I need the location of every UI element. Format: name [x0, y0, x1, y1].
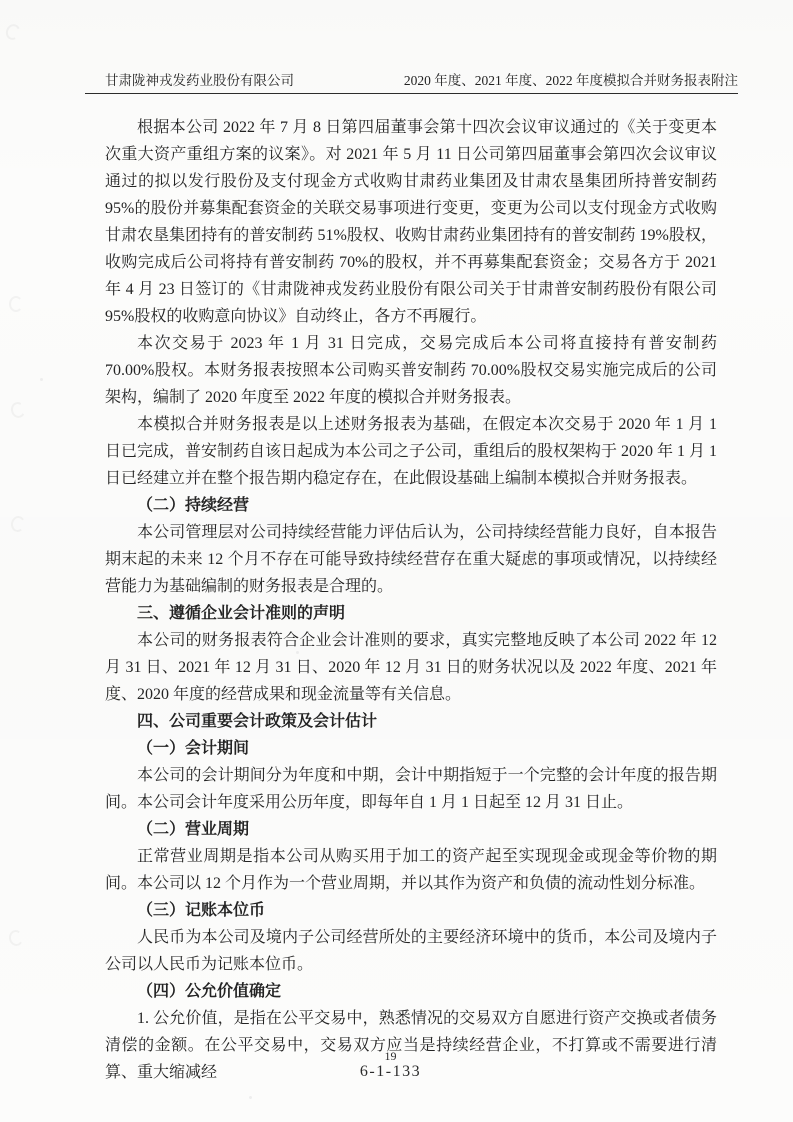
- section-heading: （二）营业周期: [105, 816, 717, 843]
- section-heading: （二）持续经营: [105, 492, 717, 519]
- paragraph: 正常营业周期是指本公司从购买用于加工的资产起至实现现金或现金等价物的期间。本公司…: [105, 843, 717, 897]
- page-header: 甘肃陇神戎发药业股份有限公司 2020 年度、2021 年度、2022 年度模拟…: [85, 72, 738, 94]
- footer-doc-number: 6-1-133: [0, 1063, 781, 1081]
- header-company-name: 甘肃陇神戎发药业股份有限公司: [85, 72, 294, 90]
- section-heading: （四）公允价值确定: [105, 978, 717, 1005]
- scan-speck: [40, 378, 43, 381]
- footer-page-number: 19: [0, 1049, 781, 1064]
- paragraph: 本次交易于 2023 年 1 月 31 日完成，交易完成后本公司将直接持有普安制…: [105, 330, 717, 411]
- scan-artifact: [10, 515, 27, 533]
- paragraph: 本公司管理层对公司持续经营能力评估后认为，公司持续经营能力良好，自本报告期末起的…: [105, 519, 717, 600]
- scan-speck: [249, 1096, 252, 1099]
- scan-artifact: [8, 929, 25, 947]
- paragraph: 本公司的会计期间分为年度和中期，会计中期指短于一个完整的会计年度的报告期间。本公…: [105, 762, 717, 816]
- header-report-title: 2020 年度、2021 年度、2022 年度模拟合并财务报表附注: [404, 72, 738, 90]
- scan-artifact: [9, 296, 23, 312]
- document-body: 根据本公司 2022 年 7 月 8 日第四届董事会第十四次会议审议通过的《关于…: [105, 114, 717, 1086]
- paragraph: 本公司的财务报表符合企业会计准则的要求，真实完整地反映了本公司 2022 年 1…: [105, 627, 717, 708]
- paragraph: 本模拟合并财务报表是以上述财务报表为基础，在假定本次交易于 2020 年 1 月…: [105, 411, 717, 492]
- paragraph: 根据本公司 2022 年 7 月 8 日第四届董事会第十四次会议审议通过的《关于…: [105, 114, 717, 330]
- section-heading: 三、遵循企业会计准则的声明: [105, 600, 717, 627]
- paragraph: 人民币为本公司及境内子公司经营所处的主要经济环境中的货币，本公司及境内子公司以人…: [105, 924, 717, 978]
- document-page: 甘肃陇神戎发药业股份有限公司 2020 年度、2021 年度、2022 年度模拟…: [0, 0, 793, 1122]
- section-heading: （三）记账本位币: [105, 897, 717, 924]
- scan-artifact: [4, 22, 23, 42]
- section-heading: 四、公司重要会计政策及会计估计: [105, 708, 717, 735]
- scan-artifact: [9, 400, 27, 419]
- section-heading: （一）会计期间: [105, 735, 717, 762]
